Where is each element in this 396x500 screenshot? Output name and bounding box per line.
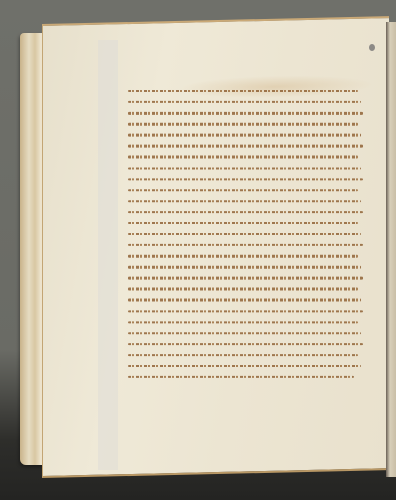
handwritten-line [128,134,361,136]
handwritten-line [128,101,361,103]
handwritten-line [128,365,361,367]
handwritten-line [128,332,361,334]
handwritten-line [128,354,358,356]
handwritten-line [128,200,361,202]
ink-spot [369,44,375,51]
handwritten-line [128,299,361,301]
handwritten-line [128,189,358,191]
handwritten-line [128,244,363,246]
handwritten-line [128,255,358,257]
handwritten-line [128,123,358,125]
binding-gutter [386,22,396,477]
repair-tape-strip [98,40,118,470]
handwritten-line [128,277,363,279]
handwritten-line [128,178,363,180]
handwritten-line [128,266,361,268]
handwritten-line [128,288,358,290]
handwritten-line [128,145,363,147]
handwritten-line [128,310,363,312]
handwritten-line [128,167,361,169]
handwritten-line [128,376,354,378]
handwritten-line [128,222,358,224]
handwritten-line [128,343,363,345]
handwritten-line [128,211,363,213]
handwritten-text-block [128,90,368,389]
handwritten-line [128,156,358,158]
handwritten-line [128,321,358,323]
handwritten-line [128,233,361,235]
handwritten-line [128,112,363,114]
handwritten-line [128,90,358,92]
